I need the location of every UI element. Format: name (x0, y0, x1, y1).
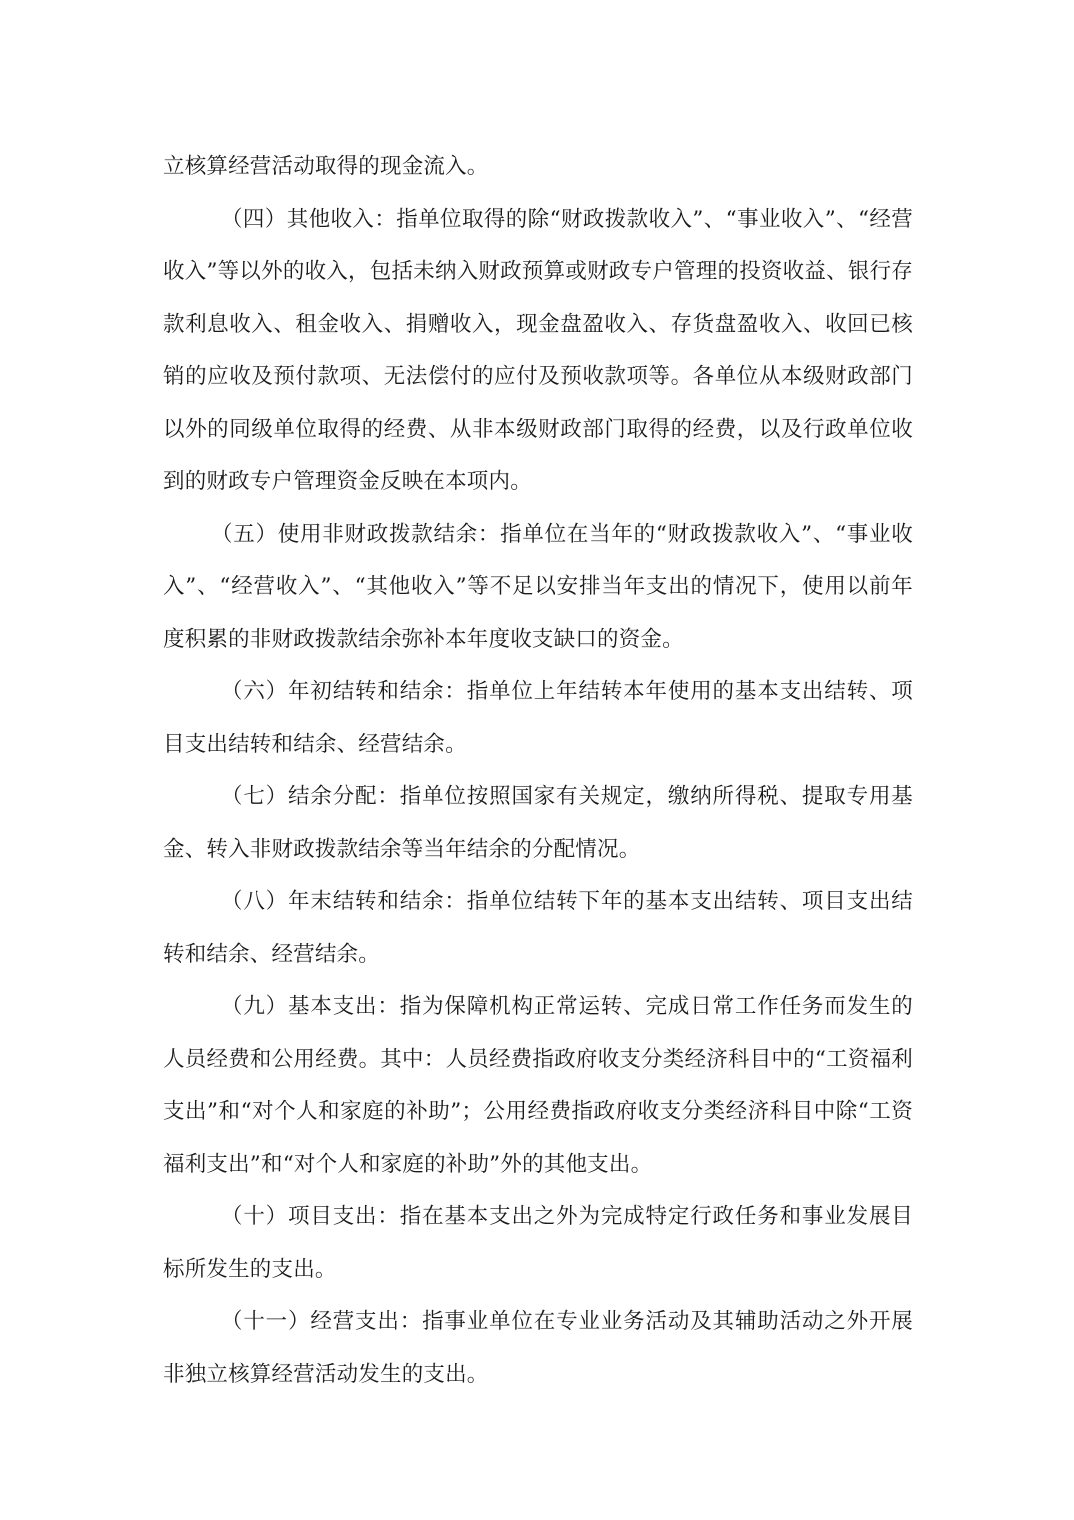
paragraph-operating-expenditure: （十一）经营支出：指事业单位在专业业务活动及其辅助活动之外开展非独立核算经营活动… (163, 1296, 913, 1401)
paragraph-non-fiscal-surplus-use: （五）使用非财政拨款结余：指单位在当年的“财政拨款收入”、“事业收入”、“经营收… (163, 509, 913, 667)
paragraph-opening-carryover: （六）年初结转和结余：指单位上年结转本年使用的基本支出结转、项目支出结转和结余、… (163, 666, 913, 771)
paragraph-continuation: 立核算经营活动取得的现金流入。 (163, 141, 913, 194)
paragraph-basic-expenditure: （九）基本支出：指为保障机构正常运转、完成日常工作任务而发生的人员经费和公用经费… (163, 981, 913, 1191)
document-page: 立核算经营活动取得的现金流入。 （四）其他收入：指单位取得的除“财政拨款收入”、… (163, 141, 913, 1401)
paragraph-closing-carryover: （八）年末结转和结余：指单位结转下年的基本支出结转、项目支出结转和结余、经营结余… (163, 876, 913, 981)
paragraph-other-income: （四）其他收入：指单位取得的除“财政拨款收入”、“事业收入”、“经营收入”等以外… (163, 194, 913, 509)
paragraph-surplus-distribution: （七）结余分配：指单位按照国家有关规定，缴纳所得税、提取专用基金、转入非财政拨款… (163, 771, 913, 876)
paragraph-project-expenditure: （十）项目支出：指在基本支出之外为完成特定行政任务和事业发展目标所发生的支出。 (163, 1191, 913, 1296)
